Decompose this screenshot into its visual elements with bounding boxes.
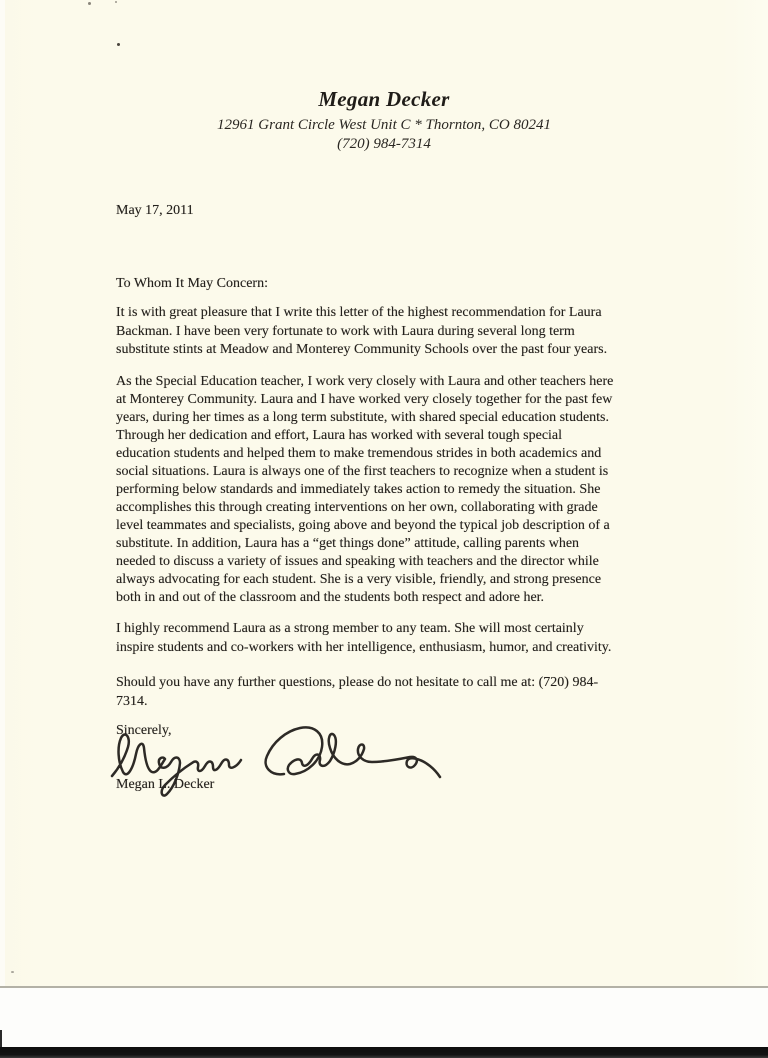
typed-sender-name: Megan L. Decker xyxy=(116,776,720,795)
valediction: Sincerely, xyxy=(116,722,720,741)
paper-bottom-edge xyxy=(0,986,768,988)
letterhead: Megan Decker 12961 Grant Circle West Uni… xyxy=(0,86,768,154)
paragraph-2: As the Special Education teacher, I work… xyxy=(116,373,720,607)
paragraph-1: It is with great pleasure that I write t… xyxy=(116,304,720,360)
salutation: To Whom It May Concern: xyxy=(116,275,720,294)
scan-speck xyxy=(88,2,91,5)
scanned-letter: Megan Decker 12961 Grant Circle West Uni… xyxy=(0,0,768,1058)
scanner-dark-bar xyxy=(0,1047,768,1058)
scan-speck xyxy=(115,1,117,3)
paragraph-4: Should you have any further questions, p… xyxy=(116,674,720,711)
scan-speck xyxy=(117,43,120,46)
letterhead-phone: (720) 984-7314 xyxy=(0,135,768,154)
letter-date: May 17, 2011 xyxy=(116,202,720,221)
letterhead-address: 12961 Grant Circle West Unit C * Thornto… xyxy=(0,116,768,135)
scan-speck xyxy=(11,971,14,973)
letterhead-name: Megan Decker xyxy=(0,86,768,112)
paragraph-3: I highly recommend Laura as a strong mem… xyxy=(116,620,720,657)
